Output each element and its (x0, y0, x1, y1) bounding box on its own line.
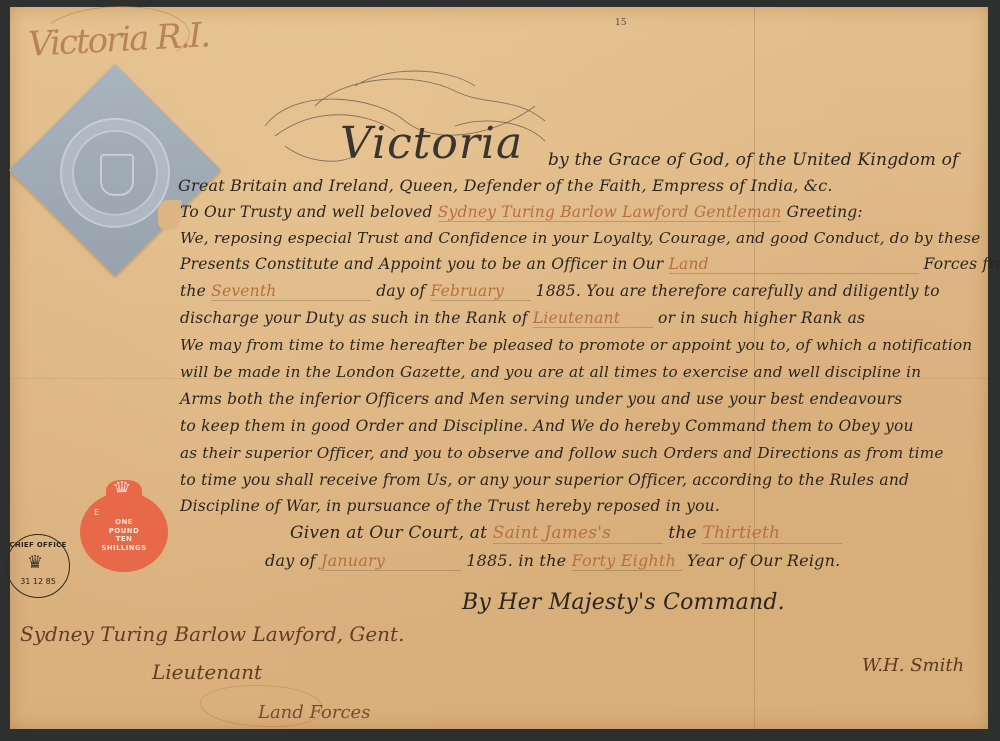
page-number: 15 (615, 18, 626, 28)
regnal-year-fill: Forty Eighth (572, 551, 682, 571)
dated-line: day of January 1885. in the Forty Eighth… (265, 551, 840, 571)
text-line-6: the Seventh day of February 1885. You ar… (180, 282, 940, 301)
endorsement-forces: Land Forces (258, 702, 370, 723)
given-day-fill: Thirtieth (702, 523, 842, 544)
endorsement-name: Sydney Turing Barlow Lawford, Gent. (20, 622, 404, 646)
static-text: To Our Trusty and well beloved (180, 203, 438, 221)
text-line-12: as their superior Officer, and you to ob… (180, 444, 944, 462)
seal-emboss-ring (60, 118, 170, 228)
day-fill: Seventh (211, 282, 371, 301)
seal-torn-corner (158, 200, 182, 230)
text-line-8: We may from time to time hereafter be pl… (180, 336, 972, 354)
static-text: 1885. You are therefore carefully and di… (531, 282, 940, 300)
static-text: 1885. in the (461, 551, 572, 570)
given-month-fill: January (321, 551, 461, 571)
static-text: the (663, 523, 703, 543)
month-fill: February (431, 282, 531, 301)
by-command-line: By Her Majesty's Command. (462, 590, 785, 615)
place-fill: Saint James's (493, 523, 663, 544)
text-line-10: Arms both the inferior Officers and Men … (180, 390, 902, 408)
static-text: the (180, 282, 211, 300)
given-line: Given at Our Court, at Saint James's the… (290, 523, 842, 544)
stamp-text-line: ONE (80, 518, 168, 527)
postmark-text: CHIEF OFFICE (7, 541, 69, 549)
rank-fill: Lieutenant (533, 309, 653, 328)
static-text: Greeting: (781, 203, 862, 221)
stamp-value-text: ONE POUND TEN SHILLINGS (80, 518, 168, 552)
text-line-14: Discipline of War, in pursuance of the T… (180, 497, 720, 515)
crown-icon: ♛ (27, 552, 43, 573)
heading-victoria: Victoria (340, 118, 523, 169)
postmark-date: 31 12 85 (7, 577, 69, 586)
static-text: Given at Our Court, at (290, 523, 493, 543)
recipient-name-fill: Sydney Turing Barlow Lawford Gentleman (438, 203, 782, 222)
stamp-text-line: SHILLINGS (80, 544, 168, 553)
static-text: day of (371, 282, 430, 300)
static-text: discharge your Duty as such in the Rank … (180, 309, 533, 327)
stamp-text-line: TEN (80, 535, 168, 544)
static-text: Forces from (919, 255, 1000, 273)
text-line-9: will be made in the London Gazette, and … (180, 363, 921, 381)
royal-arms-shield-icon (100, 154, 134, 196)
text-line-4: We, reposing especial Trust and Confiden… (180, 229, 981, 247)
static-text: Year of Our Reign. (682, 551, 841, 570)
static-text: Presents Constitute and Appoint you to b… (180, 255, 669, 273)
stamp-text-line: POUND (80, 527, 168, 536)
endorsement-rank: Lieutenant (152, 660, 262, 684)
text-line-13: to time you shall receive from Us, or an… (180, 471, 909, 489)
chief-office-postmark: CHIEF OFFICE ♛ 31 12 85 (6, 534, 70, 598)
forces-type-fill: Land (669, 255, 919, 274)
text-line-5: Presents Constitute and Appoint you to b… (180, 255, 1000, 274)
text-line-1: by the Grace of God, of the United Kingd… (548, 150, 959, 170)
text-line-11: to keep them in good Order and Disciplin… (180, 417, 914, 435)
static-text: day of (265, 551, 321, 570)
static-text: or in such higher Rank as (653, 309, 865, 327)
secretary-signature: W.H. Smith (862, 655, 964, 676)
text-line-3: To Our Trusty and well beloved Sydney Tu… (180, 203, 863, 222)
text-line-7: discharge your Duty as such in the Rank … (180, 309, 865, 328)
stamp-letter: E (94, 508, 99, 517)
duty-stamp-one-pound-ten-shillings: E ONE POUND TEN SHILLINGS (80, 480, 168, 572)
text-line-2: Great Britain and Ireland, Queen, Defend… (178, 176, 833, 195)
